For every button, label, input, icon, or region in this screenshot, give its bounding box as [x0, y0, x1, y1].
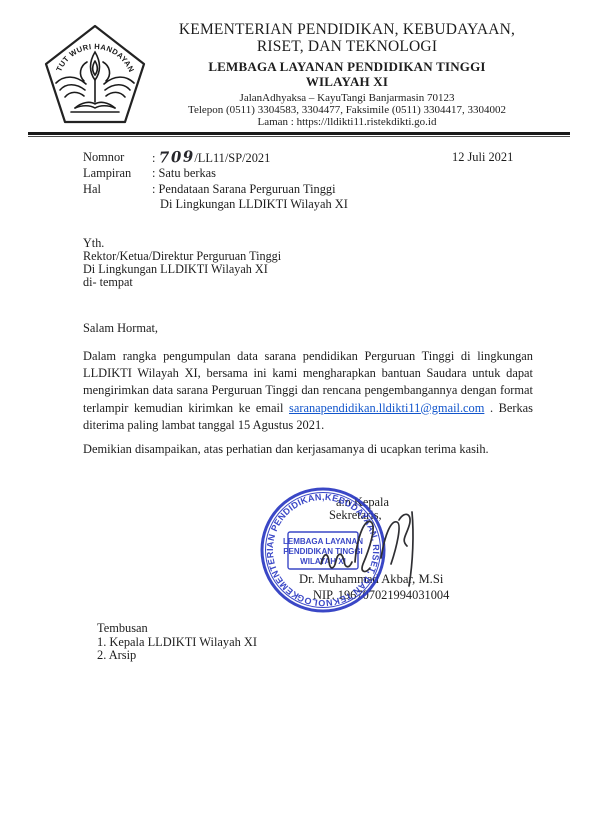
letter-body: Salam Hormat, Dalam rangka pengumpulan d… [83, 321, 533, 458]
letter-page: TUT WURI HANDAYANI KEMENTERIAN PENDIDIKA… [0, 0, 594, 830]
agency-name-line2: WILAYAH XI [118, 74, 576, 89]
subject-value-line2: Di Lingkungan LLDIKTI Wilayah XI [160, 197, 348, 212]
letterhead-divider [28, 132, 570, 137]
recipient-line4: di- tempat [83, 276, 281, 289]
subject-label: Hal [83, 182, 152, 197]
attachment-label: Lampiran [83, 166, 152, 181]
agency-phone: Telepon (0511) 3304583, 3304477, Faksimi… [118, 104, 576, 116]
cc-item: 1. Kepala LLDIKTI Wilayah XI [97, 636, 257, 650]
salutation: Salam Hormat, [83, 321, 533, 336]
letter-number-row: Nomnor : 709/LL11/SP/2021 [83, 150, 348, 166]
subject-row-continuation: Di Lingkungan LLDIKTI Wilayah XI [83, 197, 348, 212]
letter-number-handwritten: 709 [158, 149, 194, 166]
agency-address: JalanAdhyaksa – KayuTangi Banjarmasin 70… [118, 92, 576, 104]
paragraph-1: Dalam rangka pengumpulan data sarana pen… [83, 348, 533, 434]
paragraph-2: Demikian disampaikan, atas perhatian dan… [83, 441, 533, 458]
recipient-line1: Yth. [83, 237, 281, 250]
cc-title: Tembusan [97, 622, 257, 636]
cc-item: 2. Arsip [97, 649, 257, 663]
email-link[interactable]: saranapendidikan.lldikti11@gmail.com [289, 401, 484, 415]
subject-row: Hal : Pendataan Sarana Perguruan Tinggi [83, 182, 348, 197]
ministry-name-line1: KEMENTERIAN PENDIDIKAN, KEBUDAYAAN, [118, 22, 576, 39]
letter-number-value: : 709/LL11/SP/2021 [152, 150, 348, 166]
cc-block: Tembusan 1. Kepala LLDIKTI Wilayah XI 2.… [97, 622, 257, 663]
letter-meta: Nomnor : 709/LL11/SP/2021 Lampiran : Sat… [83, 150, 348, 212]
letter-date: 12 Juli 2021 [452, 150, 513, 165]
letter-number-label: Nomnor [83, 150, 152, 166]
recipient-line3: Di Lingkungan LLDIKTI Wilayah XI [83, 263, 281, 276]
attachment-value: : Satu berkas [152, 166, 348, 181]
ministry-name-line2: RISET, DAN TEKNOLOGI [118, 39, 576, 56]
subject-value-line1: : Pendataan Sarana Perguruan Tinggi [152, 182, 348, 197]
attachment-row: Lampiran : Satu berkas [83, 166, 348, 181]
recipient-line2: Rektor/Ketua/Direktur Perguruan Tinggi [83, 250, 281, 263]
recipient-block: Yth. Rektor/Ketua/Direktur Perguruan Tin… [83, 237, 281, 289]
agency-website: Laman : https://lldikti11.ristekdikti.go… [118, 116, 576, 128]
handwritten-signature [315, 500, 455, 592]
agency-name-line1: LEMBAGA LAYANAN PENDIDIKAN TINGGI [118, 59, 576, 74]
letterhead-text: KEMENTERIAN PENDIDIKAN, KEBUDAYAAN, RISE… [118, 22, 576, 129]
